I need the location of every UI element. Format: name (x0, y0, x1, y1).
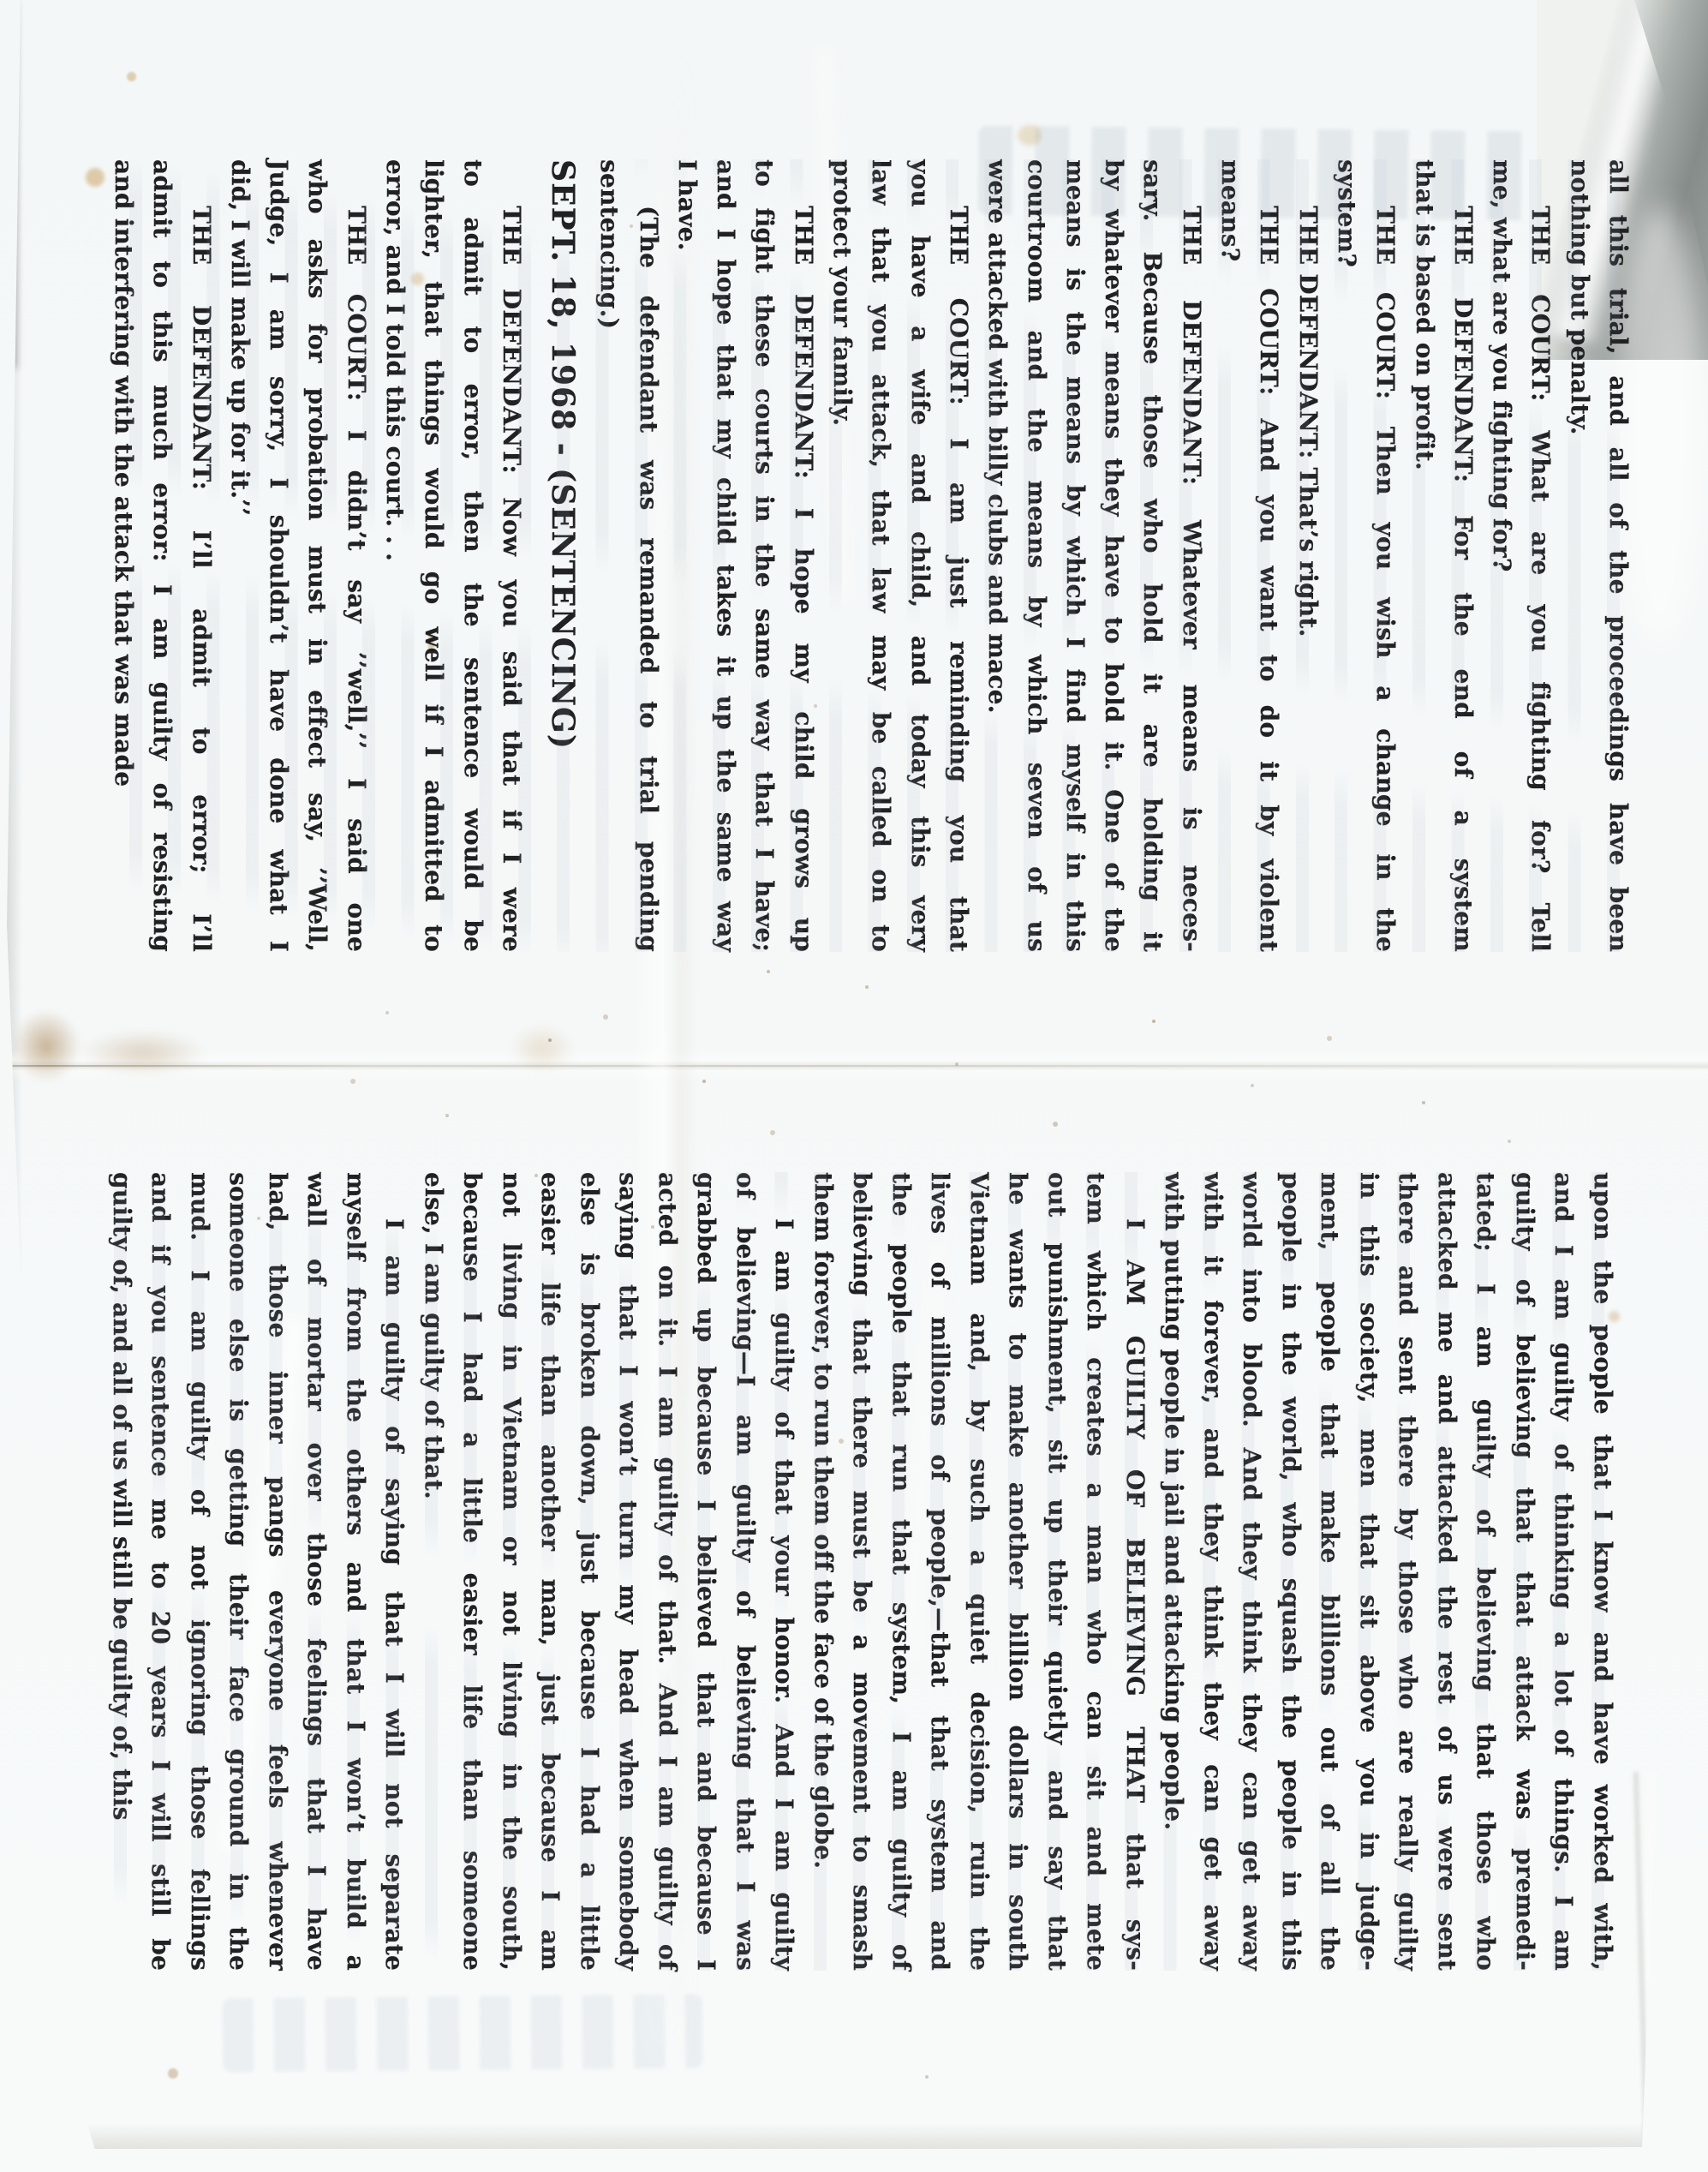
transcript-line: sary. Because those who hold it are hold… (1133, 159, 1172, 952)
transcript-line: THE DEFENDANT: I’ll admit to error; I’ll (182, 159, 220, 952)
transcript-line: attacked me and attacked the rest of us … (1428, 1172, 1467, 1971)
transcript-line: means is the means by which I find mysel… (1056, 159, 1095, 952)
stain (1663, 1822, 1672, 1830)
transcript-line: ment, people that make billions out of a… (1311, 1172, 1350, 1971)
transcript-line: to admit to error, then the sentence wou… (453, 159, 492, 952)
stain (1018, 125, 1042, 146)
transcript-line: THE COURT: What are you fighting for? Te… (1521, 159, 1560, 952)
transcript-line: protect your family. (823, 159, 862, 952)
transcript-line: THE DEFENDANT: I hope my child grows up (784, 159, 822, 952)
horizontal-fold-crease (0, 1065, 1708, 1067)
transcript-line: system? (1328, 159, 1366, 952)
transcript-line: someone else is getting their face groun… (219, 1172, 259, 1971)
paper-sheet: all this trial, and all of the proceedin… (0, 0, 1708, 2172)
transcript-line: I am guilty of saying that I will not se… (375, 1172, 415, 1971)
transcript-line: and I hope that my child takes it up the… (707, 159, 745, 952)
transcript-line: tated; I am guilty of believing that tho… (1466, 1172, 1506, 1971)
transcript-line: of believing—I am guilty of believing th… (726, 1172, 766, 1971)
ghost-showthrough-heading-2 (223, 1995, 703, 2073)
transcript-line: THE DEFENDANT: That’s right. (1288, 159, 1327, 952)
transcript-line: the people that run that system, I am gu… (882, 1172, 922, 1971)
transcript-line: in this society, men that sit above you … (1350, 1172, 1389, 1971)
transcript-line: else is broken down, just because I had … (570, 1172, 610, 1971)
transcript-line: sentencing.) (590, 159, 629, 952)
transcript-line: because I had a little easier life than … (453, 1172, 493, 1971)
transcript-line: he wants to make another billion dollars… (999, 1172, 1038, 1971)
transcript-line: admit to this much error: I am guilty of… (143, 159, 182, 952)
transcript-line: by whatever means they have to hold it. … (1095, 159, 1133, 952)
stain (511, 1025, 574, 1073)
transcript-line: wall of mortar over those feelings that … (297, 1172, 337, 1971)
transcript-line: tem which creates a man who can sit and … (1077, 1172, 1116, 1971)
transcript-line: THE DEFENDANT: For the end of a system (1444, 159, 1483, 952)
page-top-rotated-text: all this trial, and all of the proceedin… (104, 159, 1638, 952)
transcript-line: THE COURT: I didn’t say ’’well,’’ I said… (337, 159, 376, 952)
transcript-line: guilty of believing that that attack was… (1506, 1172, 1545, 1971)
transcript-line: else, I am guilty of that. (415, 1172, 454, 1971)
foxing-speckles (548, 1038, 552, 1042)
transcript-line: did, I will make up for it.’’ (221, 159, 260, 952)
right-edge-fold-light (1645, 1774, 1707, 2151)
transcript-line: you have a wife and child, and today thi… (900, 159, 939, 952)
transcript-line: who asks for probation must in effect sa… (298, 159, 337, 952)
transcript-line: error, and I told this court. . . (376, 159, 415, 952)
transcript-line: THE COURT: Then you wish a change in the (1366, 159, 1405, 952)
transcript-line: and I am guilty of thinking a lot of thi… (1544, 1172, 1584, 1971)
transcript-line: had, those inner pangs everyone feels wh… (259, 1172, 298, 1971)
transcript-line: world into blood. And they think they ca… (1233, 1172, 1272, 1971)
transcript-line: and if you sentence me to 20 years I wil… (141, 1172, 181, 1971)
transcript-line: THE COURT: And you want to do it by viol… (1250, 159, 1288, 952)
transcript-line: I have. (668, 159, 707, 952)
transcript-line: Vietnam and, by such a quiet decision, r… (960, 1172, 1000, 1971)
transcript-line: lighter, that things would go well if I … (415, 159, 453, 952)
transcript-line: them forever, to run them off the face o… (804, 1172, 844, 1971)
transcript-line: I AM GUILTY OF BELIEVING THAT that sys- (1116, 1172, 1156, 1971)
transcript-line: not living in Vietnam or not living in t… (493, 1172, 532, 1971)
transcript-line: means? (1211, 159, 1250, 952)
stain (168, 2068, 178, 2079)
transcript-line: THE DEFENDANT: Whatever means is neces- (1172, 159, 1210, 952)
transcript-line: believing that there must be a movement … (843, 1172, 882, 1971)
transcript-line: out punishment, sit up their quietly and… (1038, 1172, 1078, 1971)
stain (86, 168, 105, 187)
transcript-line: were attacked with billy clubs and mace. (978, 159, 1017, 952)
transcript-line: people in the world, who squash the peop… (1272, 1172, 1311, 1971)
stain (127, 72, 136, 81)
left-edge-dark-sliver (0, 0, 17, 368)
transcript-line: all this trial, and all of the proceedin… (1599, 159, 1638, 952)
scanned-document: all this trial, and all of the proceedin… (0, 0, 1708, 2172)
transcript-line: grabbed up because I believed that and b… (687, 1172, 726, 1971)
transcript-line: acted on it. I am guilty of that. And I … (648, 1172, 688, 1971)
transcript-line: and interfering with the attack that was… (105, 159, 143, 952)
transcript-line: THE COURT: I am just reminding you that (940, 159, 978, 952)
transcript-line: courtroom and the means by which seven o… (1017, 159, 1055, 952)
transcript-line: guilty of, and all of us will still be g… (103, 1172, 142, 1971)
bottom-edge-shadow (69, 2123, 1662, 2149)
right-edge-fold-crease (1633, 1772, 1649, 2151)
transcript-line: easier life than another man, just becau… (531, 1172, 570, 1971)
transcript-line: (The defendant was remanded to trial pen… (629, 159, 667, 952)
transcript-line: with it forever, and they think they can… (1194, 1172, 1233, 1971)
transcript-line: upon the people that I know and have wor… (1584, 1172, 1623, 1971)
transcript-line: me, what are you fighting for? (1483, 159, 1521, 952)
page-bottom-rotated-text: upon the people that I know and have wor… (102, 1172, 1622, 1971)
stain (12, 1009, 81, 1083)
transcript-line: mud. I am guilty of not ignoring those f… (181, 1172, 220, 1971)
transcript-line: myself from the others and that I won’t … (337, 1172, 376, 1971)
stain (79, 1031, 207, 1075)
transcript-line: THE DEFENDANT: Now you said that if I we… (493, 159, 531, 952)
transcript-line: there and sent there by those who are re… (1388, 1172, 1428, 1971)
horizontal-fold-band (0, 1049, 1708, 1083)
transcript-line: to fight these courts in the same way th… (745, 159, 784, 952)
dateline-text: SEPT. 18, 1968 - (SENTENCING) (531, 159, 590, 952)
transcript-line: law that you attack, that law may be cal… (862, 159, 900, 952)
transcript-line: that is based on profit. (1405, 159, 1443, 952)
left-edge-shadow (0, 0, 22, 2172)
transcript-line: I am guilty of that your honor. And I am… (765, 1172, 804, 1971)
transcript-line: Judge, I am sorry, I shouldn’t have done… (260, 159, 298, 952)
transcript-line: lives of millions of people,—that that s… (921, 1172, 960, 1971)
transcript-line: nothing but penalty. (1560, 159, 1598, 952)
transcript-line: saying that I won’t turn my head when so… (609, 1172, 648, 1971)
transcript-line: with putting people in jail and attackin… (1155, 1172, 1194, 1971)
